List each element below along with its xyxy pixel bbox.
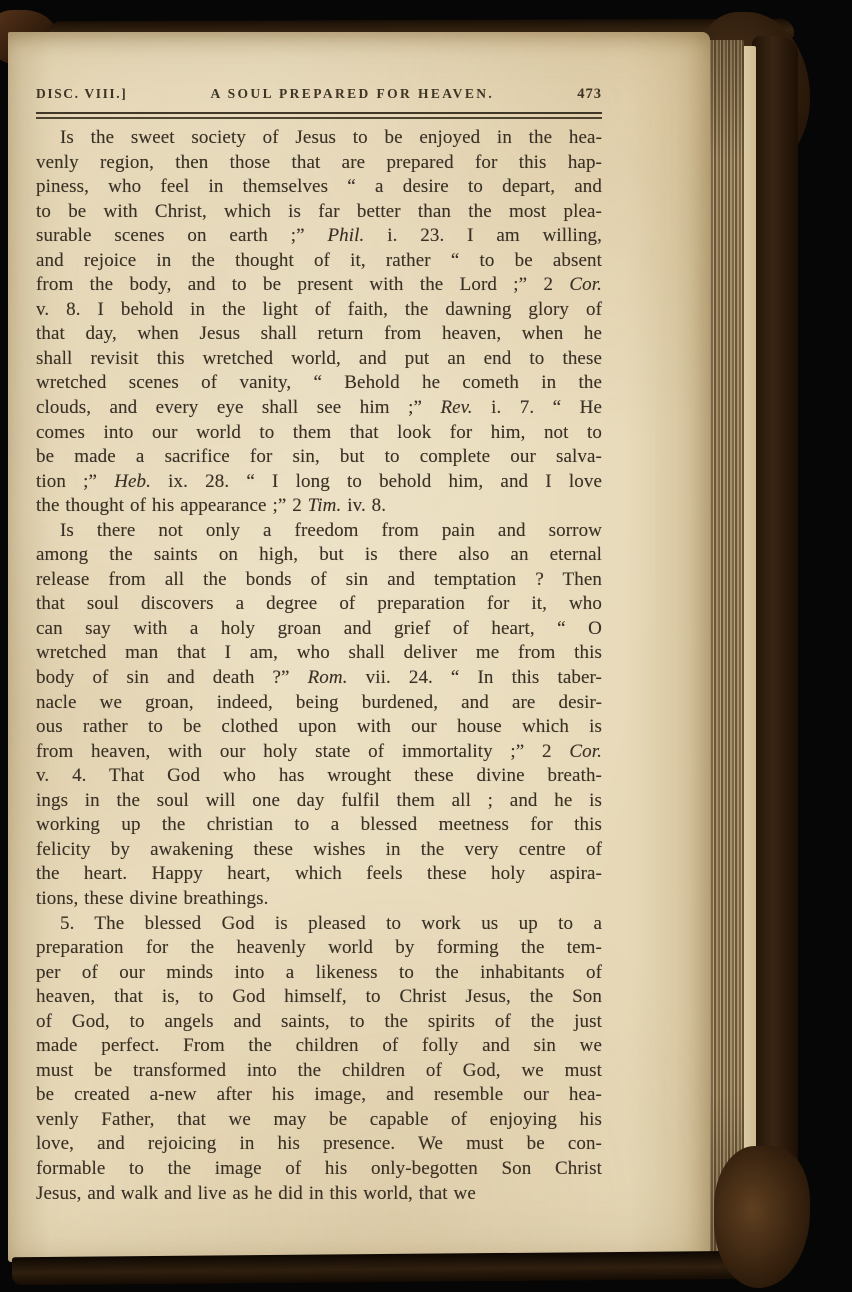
header-double-rule	[36, 112, 602, 119]
text-line: shall revisit this wretched world, and p…	[36, 347, 602, 372]
text-line: that day, when Jesus shall return from h…	[36, 322, 602, 347]
book-cover-right-edge	[752, 36, 798, 1272]
paragraph: Is the sweet society of Jesus to be enjo…	[36, 126, 602, 519]
text-line: v. 8. I behold in the light of faith, th…	[36, 298, 602, 323]
text-line: tions, these divine breathings.	[36, 887, 602, 912]
text-line: wretched scenes of vanity, “ Behold he c…	[36, 371, 602, 396]
book-cover-corner-bottom-right	[714, 1146, 810, 1288]
book-cover-bottom-edge	[12, 1251, 762, 1286]
text-line: wretched man that I am, who shall delive…	[36, 641, 602, 666]
text-line: formable to the image of his only-begott…	[36, 1157, 602, 1182]
photo-background: { "colors": { "background": "#060606", "…	[0, 0, 852, 1292]
text-line: of God, to angels and saints, to the spi…	[36, 1010, 602, 1035]
text-line: from heaven, with our holy state of immo…	[36, 740, 602, 765]
text-line: made perfect. From the children of folly…	[36, 1034, 602, 1059]
text-line: preparation for the heavenly world by fo…	[36, 936, 602, 961]
text-line: Is the sweet society of Jesus to be enjo…	[36, 126, 602, 151]
text-line: must be transformed into the children of…	[36, 1059, 602, 1084]
running-title: A SOUL PREPARED FOR HEAVEN.	[127, 86, 577, 102]
text-line: per of our minds into a likeness to the …	[36, 961, 602, 986]
text-line: ous rather to be clothed upon with our h…	[36, 715, 602, 740]
text-line: that soul discovers a degree of preparat…	[36, 592, 602, 617]
text-line: tion ;” Heb. ix. 28. “ I long to behold …	[36, 470, 602, 495]
text-line: be created a-new after his image, and re…	[36, 1083, 602, 1108]
text-line: be made a sacrifice for sin, but to comp…	[36, 445, 602, 470]
page-number: 473	[577, 86, 602, 103]
text-line: from the body, and to be present with th…	[36, 273, 602, 298]
text-line: body of sin and death ?” Rom. vii. 24. “…	[36, 666, 602, 691]
text-line: heaven, that is, to God himself, to Chri…	[36, 985, 602, 1010]
text-line: working up the christian to a blessed me…	[36, 813, 602, 838]
text-line: release from all the bonds of sin and te…	[36, 568, 602, 593]
printed-area: DISC. VIII.] A SOUL PREPARED FOR HEAVEN.…	[36, 86, 602, 1206]
running-head: DISC. VIII.] A SOUL PREPARED FOR HEAVEN.…	[36, 86, 602, 103]
text-line: v. 4. That God who has wrought these div…	[36, 764, 602, 789]
text-line: to be with Christ, which is far better t…	[36, 200, 602, 225]
text-line: the heart. Happy heart, which feels thes…	[36, 862, 602, 887]
text-line: love, and rejoicing in his presence. We …	[36, 1132, 602, 1157]
text-line: the thought of his appearance ;” 2 Tim. …	[36, 494, 602, 519]
text-line: comes into our world to them that look f…	[36, 421, 602, 446]
text-line: and rejoice in the thought of it, rather…	[36, 249, 602, 274]
text-line: venly region, then those that are prepar…	[36, 151, 602, 176]
text-line: Is there not only a freedom from pain an…	[36, 519, 602, 544]
text-line: can say with a holy groan and grief of h…	[36, 617, 602, 642]
book-page: DISC. VIII.] A SOUL PREPARED FOR HEAVEN.…	[8, 32, 710, 1262]
text-line: ings in the soul will one day fulfil the…	[36, 789, 602, 814]
text-line: Jesus, and walk and live as he did in th…	[36, 1182, 602, 1207]
text-line: surable scenes on earth ;” Phil. i. 23. …	[36, 224, 602, 249]
text-line: venly Father, that we may be capable of …	[36, 1108, 602, 1133]
text-line: felicity by awakening these wishes in th…	[36, 838, 602, 863]
page-body: Is the sweet society of Jesus to be enjo…	[36, 126, 602, 1206]
text-line: nacle we groan, indeed, being burdened, …	[36, 691, 602, 716]
text-line: among the saints on high, but is there a…	[36, 543, 602, 568]
paragraph: Is there not only a freedom from pain an…	[36, 519, 602, 912]
discourse-number: DISC. VIII.]	[36, 86, 127, 102]
text-line: piness, who feel in themselves “ a desir…	[36, 175, 602, 200]
paragraph: 5. The blessed God is pleased to work us…	[36, 912, 602, 1207]
text-line: 5. The blessed God is pleased to work us…	[36, 912, 602, 937]
text-line: clouds, and every eye shall see him ;” R…	[36, 396, 602, 421]
